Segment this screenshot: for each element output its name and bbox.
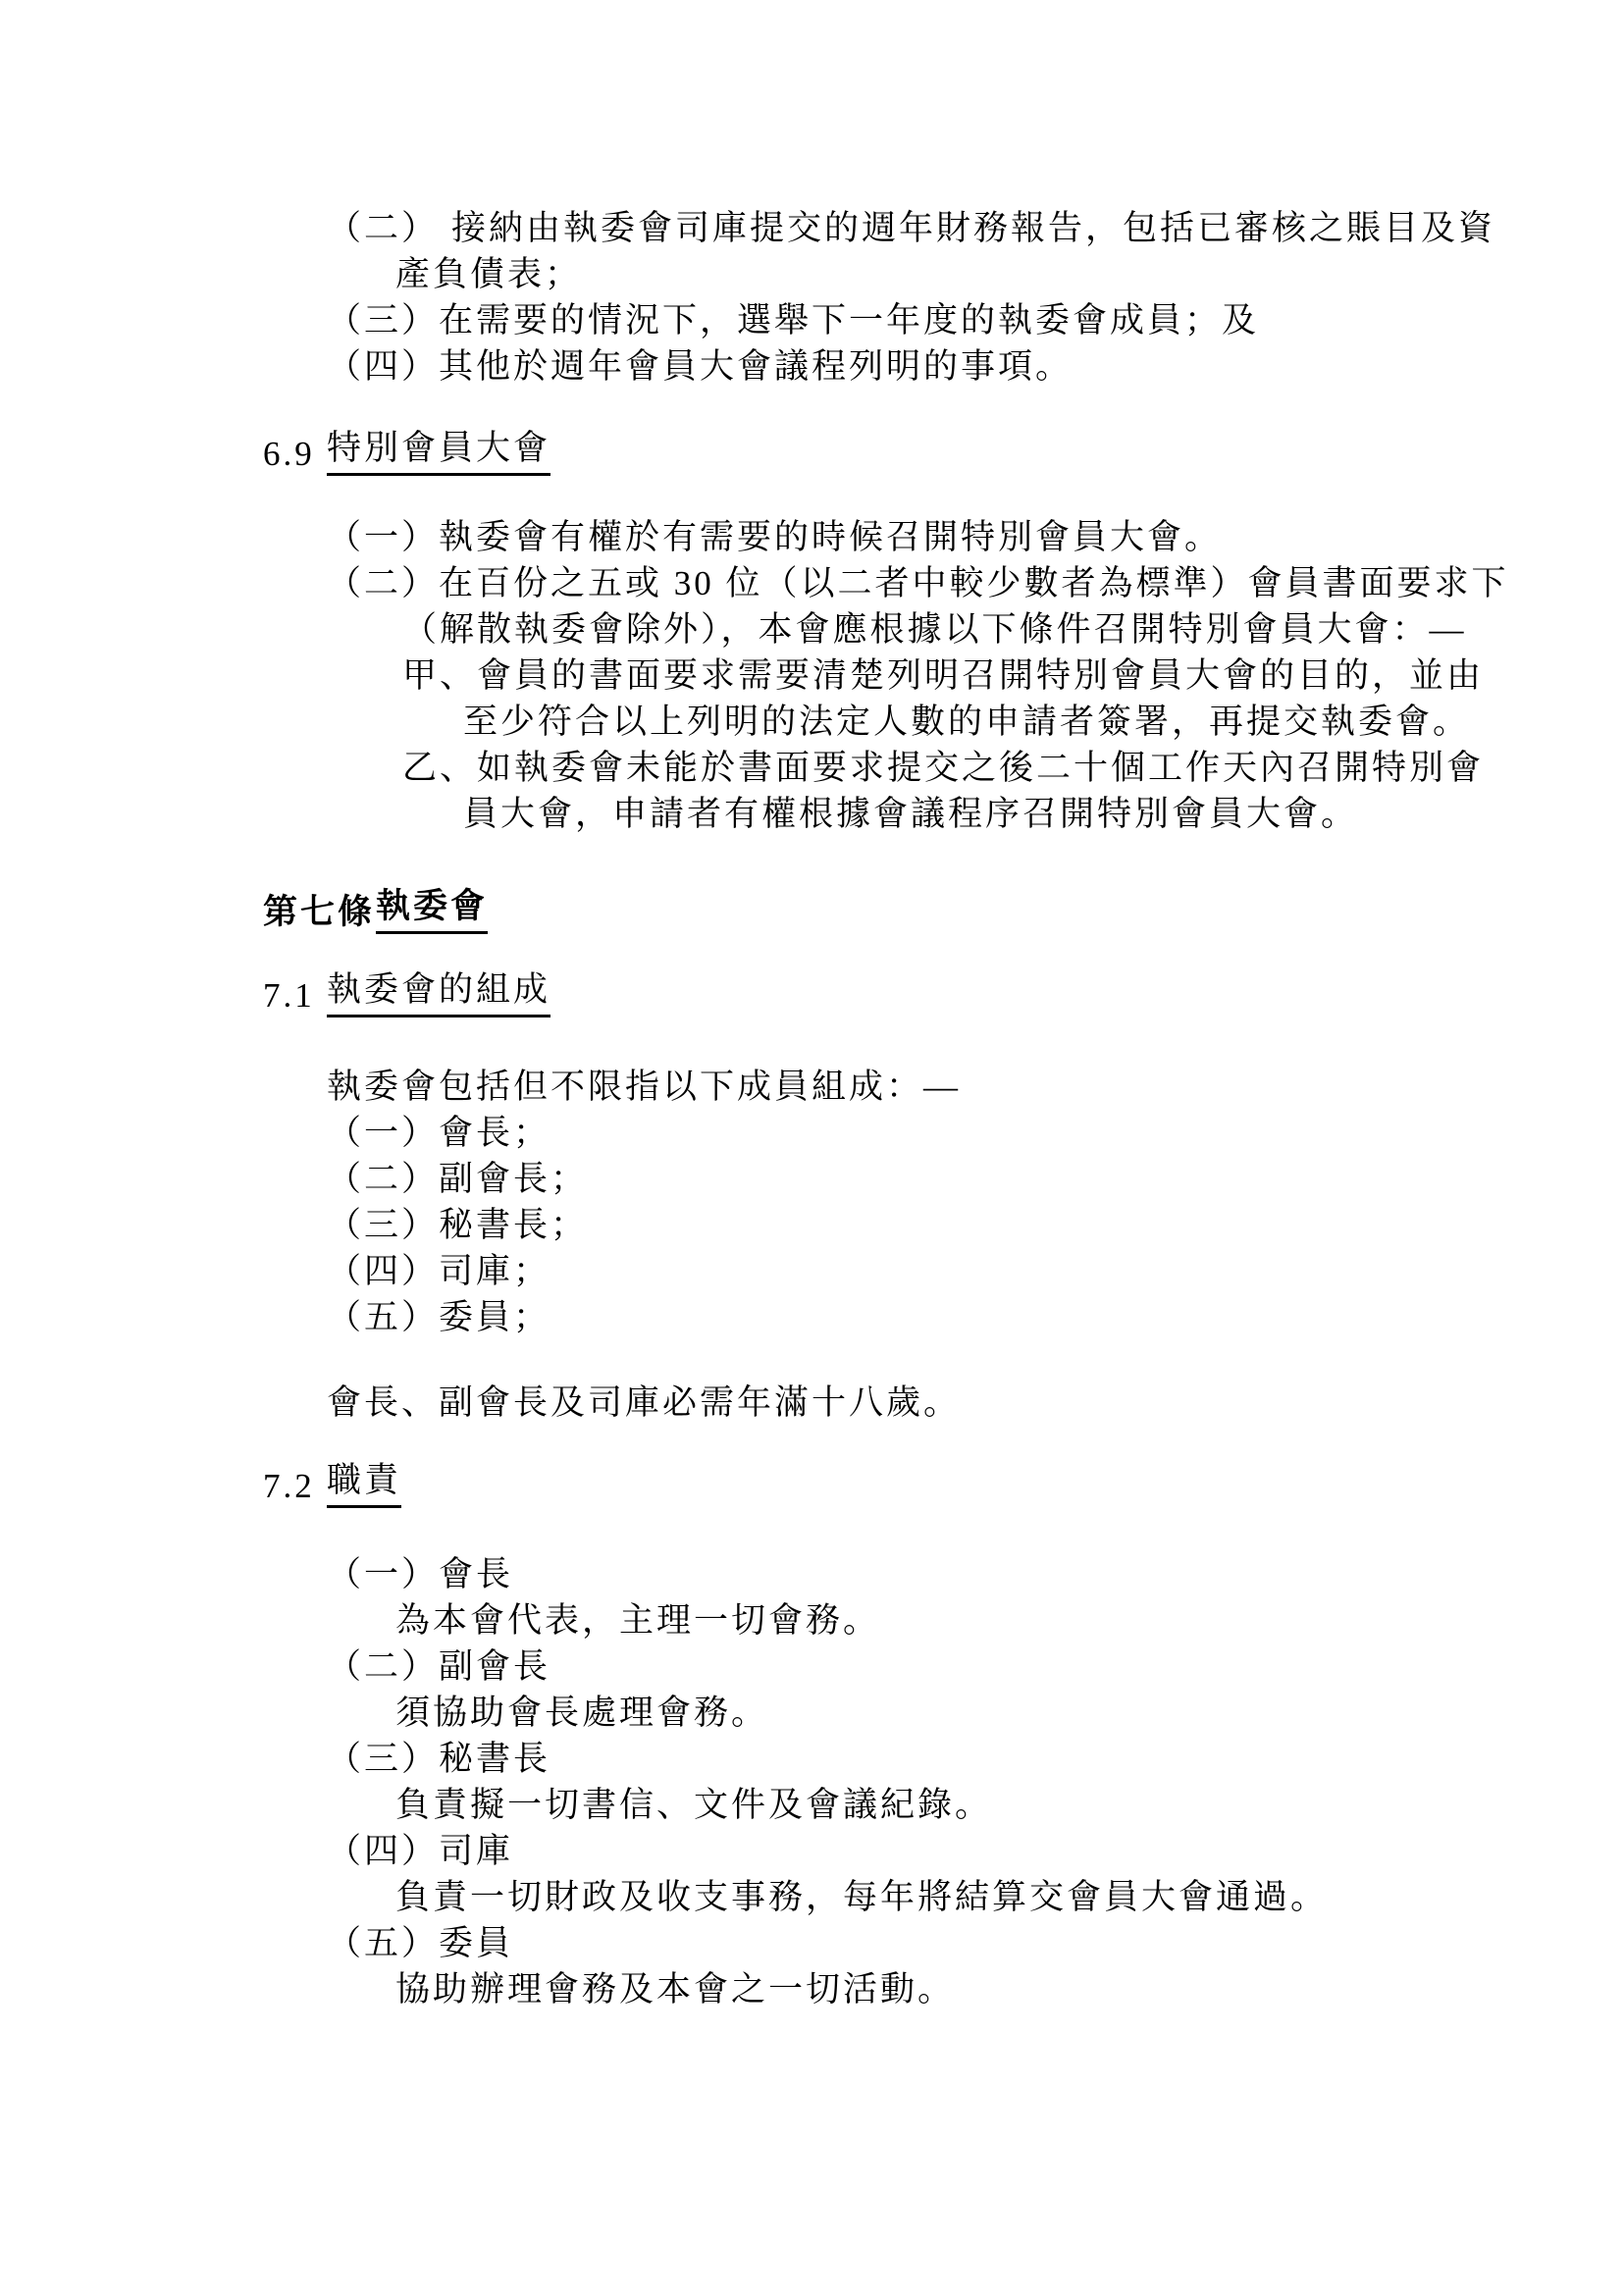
section-number: 6.9	[263, 433, 327, 476]
section-7-1-note: 會長、副會長及司庫必需年滿十八歲。	[0, 1379, 1624, 1425]
duty-desc: 協助辦理會務及本會之一切活動。	[395, 1968, 955, 2011]
duty-item-3-role: （三） 秘書長	[0, 1735, 1624, 1781]
intro-item-3: （三） 在需要的情況下，選舉下一年度的執委會成員；及	[0, 296, 1624, 342]
list-item-text: 產負債表；	[395, 253, 582, 296]
list-item-text: 委員；	[439, 1296, 550, 1339]
top-margin	[0, 0, 1624, 204]
document-page: （二） 接納由執委會司庫提交的週年財務報告，包括已審核之賬目及資 產負債表； （…	[0, 0, 1624, 2295]
duty-item-4-role: （四） 司庫	[0, 1827, 1624, 1873]
section-number: 7.2	[263, 1465, 327, 1508]
duty-item-1-role: （一） 會長	[0, 1550, 1624, 1596]
duty-role: 司庫	[439, 1830, 513, 1873]
duty-role: 副會長	[439, 1645, 550, 1689]
duty-item-2-role: （二） 副會長	[0, 1643, 1624, 1689]
sub-list-text: 員大會，申請者有權根據會議程序召開特別會員大會。	[463, 793, 1358, 836]
member-item-4: （四） 司庫；	[0, 1247, 1624, 1293]
member-item-1: （一） 會長；	[0, 1109, 1624, 1155]
member-item-3: （三） 秘書長；	[0, 1201, 1624, 1247]
duty-item-5-desc: 協助辦理會務及本會之一切活動。	[0, 1965, 1624, 2011]
section-6-9-item-1: （一） 執委會有權於有需要的時候召開特別會員大會。	[0, 513, 1624, 559]
section-number: 7.1	[263, 974, 327, 1017]
list-marker: （一）	[327, 1112, 439, 1155]
list-marker: （四）	[327, 345, 439, 389]
list-marker: （一）	[327, 516, 439, 559]
duty-item-5-role: （五） 委員	[0, 1919, 1624, 1965]
list-item-text: 接納由執委會司庫提交的週年財務報告，包括已審核之賬目及資	[439, 207, 1495, 250]
section-6-9-sub-b-line-1: 乙、 如執委會未能於書面要求提交之後二十個工作天內召開特別會	[0, 744, 1624, 790]
section-7-2-heading: 7.2 職責	[0, 1462, 1624, 1508]
list-marker: （五）	[327, 1296, 439, 1339]
article-title: 執委會	[376, 885, 488, 934]
sub-list-text: 會員的書面要求需要清楚列明召開特別會員大會的目的，並由	[477, 654, 1484, 698]
section-6-9-sub-b-line-2: 員大會，申請者有權根據會議程序召開特別會員大會。	[0, 790, 1624, 836]
list-marker: （二）	[327, 562, 439, 605]
section-6-9-sub-a-line-2: 至少符合以上列明的法定人數的申請者簽署，再提交執委會。	[0, 698, 1624, 744]
paragraph-text: 執委會包括但不限指以下成員組成：—	[327, 1066, 961, 1109]
list-item-text: 在需要的情況下，選舉下一年度的執委會成員；及	[439, 299, 1259, 342]
duty-role: 委員	[439, 1922, 513, 1965]
paragraph-text: 會長、副會長及司庫必需年滿十八歲。	[327, 1382, 961, 1425]
duty-desc: 負責一切財政及收支事務，每年將結算交會員大會通過。	[395, 1876, 1328, 1919]
section-title: 職責	[327, 1459, 401, 1508]
section-6-9-item-2-line-2: （解散執委會除外），本會應根據以下條件召開特別會員大會：—	[0, 605, 1624, 652]
duty-item-2-desc: 須協助會長處理會務。	[0, 1689, 1624, 1735]
member-item-2: （二） 副會長；	[0, 1155, 1624, 1201]
sub-list-marker: 乙、	[402, 747, 477, 790]
article-label: 第七條	[263, 891, 376, 934]
list-marker: （一）	[327, 1553, 439, 1596]
duty-desc: 為本會代表，主理一切會務。	[395, 1599, 880, 1643]
duty-role: 秘書長	[439, 1738, 550, 1781]
article-7-heading: 第七條 執委會	[0, 888, 1624, 934]
list-marker: （四）	[327, 1830, 439, 1873]
member-item-5: （五） 委員；	[0, 1293, 1624, 1339]
list-marker: （二）	[327, 1158, 439, 1201]
list-item-text: 秘書長；	[439, 1204, 588, 1247]
section-6-9-sub-a-line-1: 甲、 會員的書面要求需要清楚列明召開特別會員大會的目的，並由	[0, 652, 1624, 698]
duty-item-4-desc: 負責一切財政及收支事務，每年將結算交會員大會通過。	[0, 1873, 1624, 1919]
list-marker: （三）	[327, 1738, 439, 1781]
list-marker: （二）	[327, 1645, 439, 1689]
list-item-text: 其他於週年會員大會議程列明的事項。	[439, 345, 1073, 389]
list-item-text: 執委會有權於有需要的時候召開特別會員大會。	[439, 516, 1222, 559]
list-marker: （二）	[327, 207, 439, 250]
list-item-text: （解散執委會除外），本會應根據以下條件召開特別會員大會：—	[402, 608, 1467, 652]
list-marker: （三）	[327, 299, 439, 342]
list-marker: （五）	[327, 1922, 439, 1965]
duty-item-3-desc: 負責擬一切書信、文件及會議紀錄。	[0, 1781, 1624, 1827]
section-6-9-item-2-line-1: （二） 在百份之五或 30 位（以二者中較少數者為標準）會員書面要求下	[0, 559, 1624, 605]
list-item-text: 副會長；	[439, 1158, 588, 1201]
duty-item-1-desc: 為本會代表，主理一切會務。	[0, 1596, 1624, 1643]
list-marker: （三）	[327, 1204, 439, 1247]
sub-list-text: 至少符合以上列明的法定人數的申請者簽署，再提交執委會。	[463, 701, 1470, 744]
section-7-1-lead: 執委會包括但不限指以下成員組成：—	[0, 1063, 1624, 1109]
duty-desc: 負責擬一切書信、文件及會議紀錄。	[395, 1784, 992, 1827]
section-6-9-heading: 6.9 特別會員大會	[0, 430, 1624, 476]
intro-item-2-line-1: （二） 接納由執委會司庫提交的週年財務報告，包括已審核之賬目及資	[0, 204, 1624, 250]
list-marker: （四）	[327, 1250, 439, 1293]
sub-list-marker: 甲、	[402, 654, 477, 698]
list-item-text: 在百份之五或 30 位（以二者中較少數者為標準）會員書面要求下	[439, 562, 1509, 605]
duty-role: 會長	[439, 1553, 513, 1596]
section-title: 特別會員大會	[327, 427, 550, 476]
intro-item-4: （四） 其他於週年會員大會議程列明的事項。	[0, 342, 1624, 389]
document-content: （二） 接納由執委會司庫提交的週年財務報告，包括已審核之賬目及資 產負債表； （…	[0, 0, 1624, 2011]
intro-item-2-line-2: 產負債表；	[0, 250, 1624, 296]
duty-desc: 須協助會長處理會務。	[395, 1692, 768, 1735]
list-item-text: 會長；	[439, 1112, 550, 1155]
section-7-1-heading: 7.1 執委會的組成	[0, 971, 1624, 1017]
sub-list-text: 如執委會未能於書面要求提交之後二十個工作天內召開特別會	[477, 747, 1484, 790]
list-item-text: 司庫；	[439, 1250, 550, 1293]
section-title: 執委會的組成	[327, 968, 550, 1017]
